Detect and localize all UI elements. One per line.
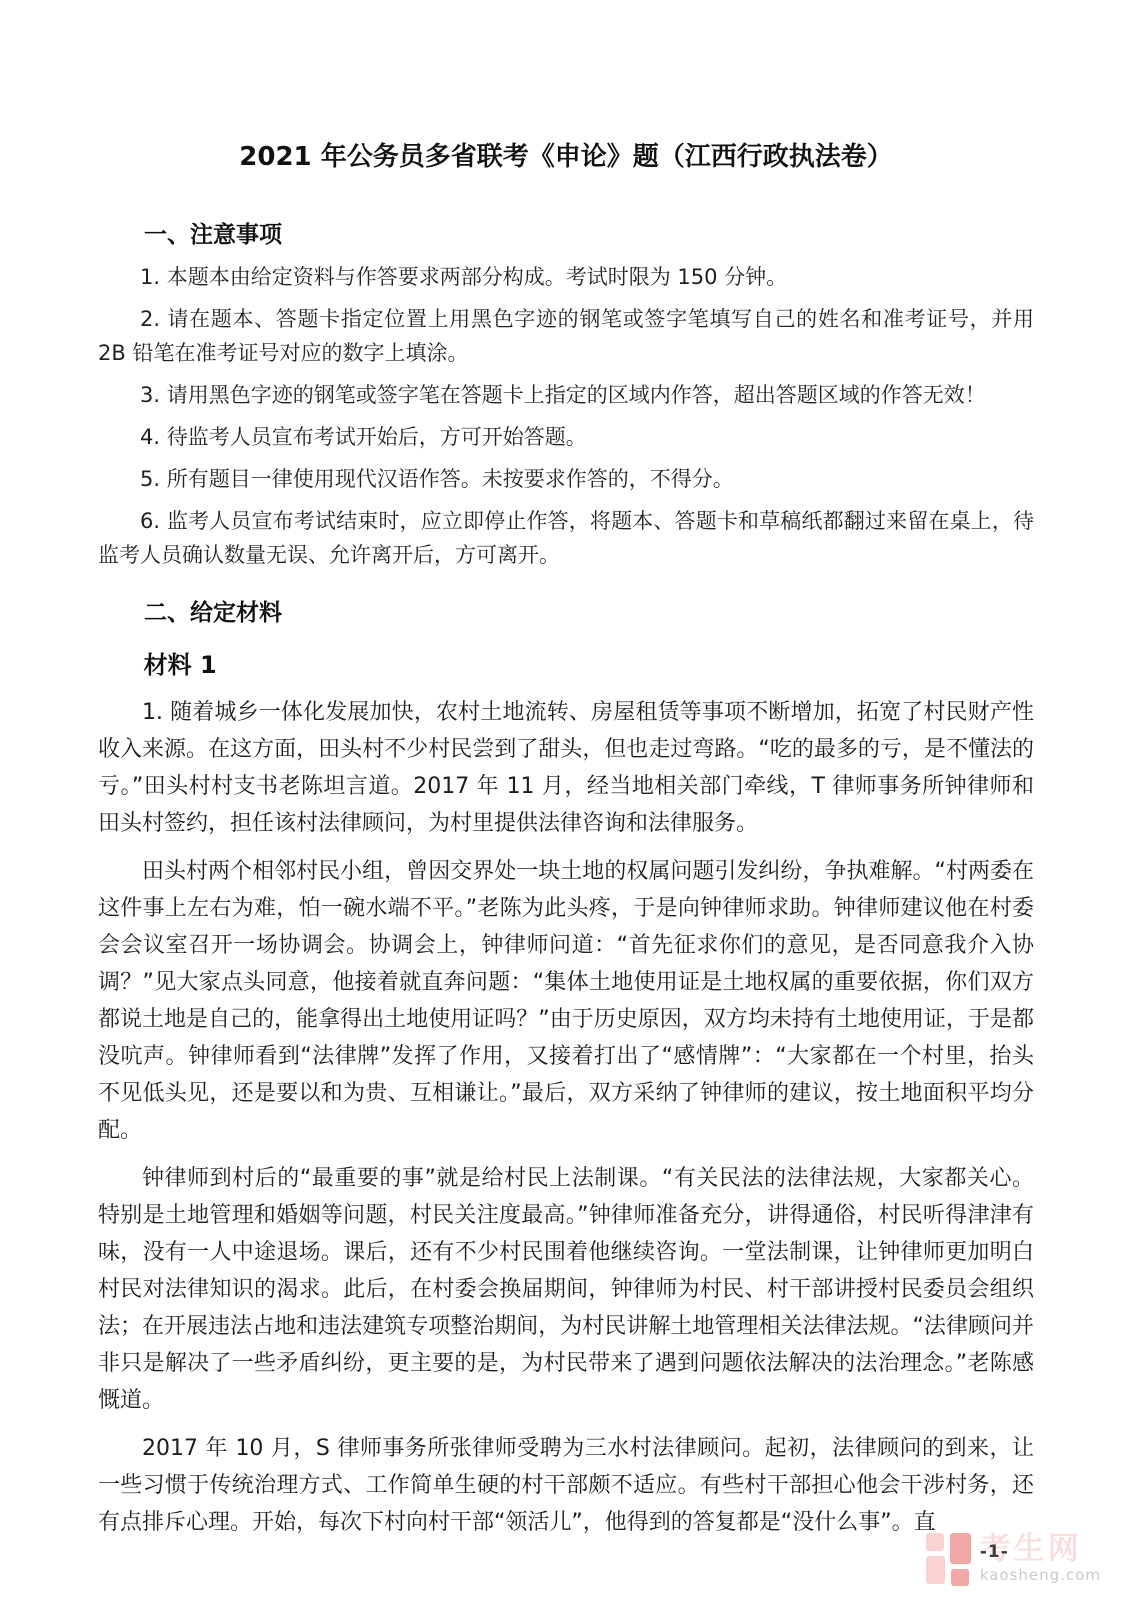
kaosheng-logo-icon	[924, 1533, 972, 1587]
page-title: 2021 年公务员多省联考《申论》题（江西行政执法卷）	[98, 142, 1034, 172]
material-1-heading: 材料 1	[98, 650, 1034, 680]
notice-item-4: 4. 待监考人员宣布考试开始后，方可开始答题。	[98, 420, 1034, 454]
notice-item-2: 2. 请在题本、答题卡指定位置上用黑色字迹的钢笔或签字笔填写自己的姓名和准考证号…	[98, 302, 1034, 370]
materials-section-heading: 二、给定材料	[98, 598, 1034, 628]
material-1-paragraph-4: 2017 年 10 月，S 律师事务所张律师受聘为三水村法律顾问。起初，法律顾问…	[98, 1430, 1034, 1541]
page-number: -1-	[980, 1542, 1009, 1562]
page-footer: 考生网 kaosheng.com -1-	[924, 1533, 1101, 1587]
material-1-paragraph-3: 钟律师到村后的“最重要的事”就是给村民上法制课。“有关民法的法律法规，大家都关心…	[98, 1160, 1034, 1419]
document-page: 2021 年公务员多省联考《申论》题（江西行政执法卷） 一、注意事项 1. 本题…	[0, 0, 1131, 1600]
notice-section-heading: 一、注意事项	[98, 220, 1034, 250]
notice-item-1: 1. 本题本由给定资料与作答要求两部分构成。考试时限为 150 分钟。	[98, 260, 1034, 294]
notice-item-5: 5. 所有题目一律使用现代汉语作答。未按要求作答的，不得分。	[98, 462, 1034, 496]
material-1-paragraph-1: 1. 随着城乡一体化发展加快，农村土地流转、房屋租赁等事项不断增加，拓宽了村民财…	[98, 694, 1034, 842]
watermark-site-url: kaosheng.com	[980, 1567, 1101, 1583]
notice-item-3: 3. 请用黑色字迹的钢笔或签字笔在答题卡上指定的区域内作答，超出答题区域的作答无…	[98, 378, 1034, 412]
material-1-paragraph-2: 田头村两个相邻村民小组，曾因交界处一块土地的权属问题引发纠纷，争执难解。“村两委…	[98, 853, 1034, 1149]
notice-item-6: 6. 监考人员宣布考试结束时，应立即停止作答，将题本、答题卡和草稿纸都翻过来留在…	[98, 504, 1034, 572]
document-content: 2021 年公务员多省联考《申论》题（江西行政执法卷） 一、注意事项 1. 本题…	[0, 0, 1131, 1541]
